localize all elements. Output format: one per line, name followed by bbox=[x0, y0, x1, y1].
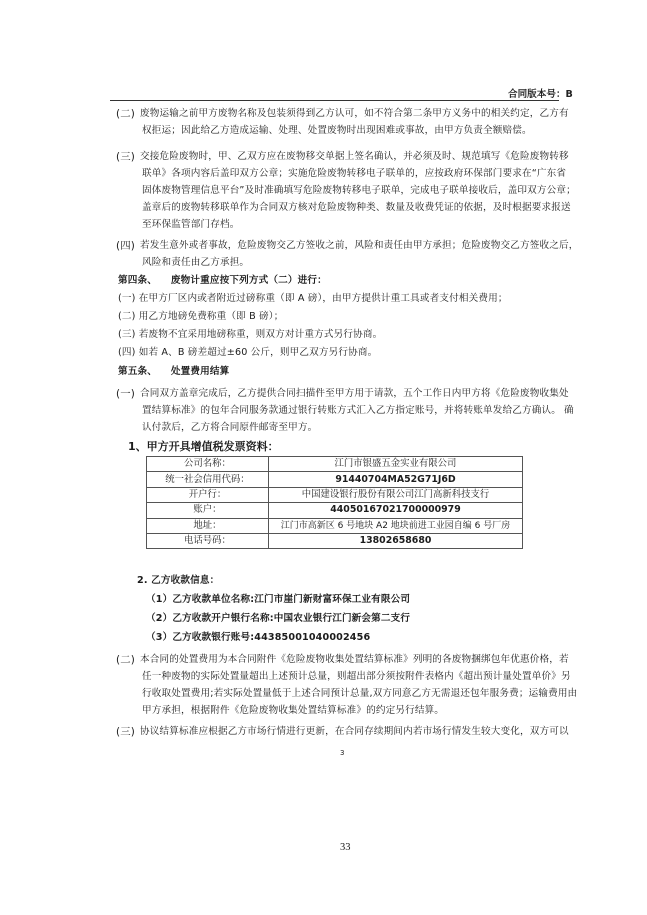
clause4-item: (四) 如若 A、B 磅差超过±60 公斤，则甲乙双方另行协商。 bbox=[118, 347, 377, 359]
item-number: (二) bbox=[116, 108, 135, 120]
item-number: (三) bbox=[116, 151, 135, 163]
item-number: (四) bbox=[116, 240, 135, 252]
table-row: 地址： 江门市高新区 6 号地块 A2 地块前进工业园自编 6 号厂房 bbox=[147, 518, 523, 533]
table-value: 中国建设银行股份有限公司江门高新科技支行 bbox=[269, 487, 523, 502]
invoice-info-heading: 1、甲方开具增值税发票资料： bbox=[128, 440, 279, 453]
clause4-item: (二) 用乙方地磅免费称重（即 B 磅）； bbox=[118, 311, 283, 323]
table-value: 91440704MA52G71J6D bbox=[269, 472, 523, 487]
paragraph-line: 行收取处置费用;若实际处置量低于上述合同预计总量,双方同意乙方无需退还包年服务费… bbox=[142, 688, 577, 700]
table-row: 电话号码： 13802658680 bbox=[147, 533, 523, 548]
paragraph-line: 联单》各项内容后盖印双方公章；实施危险废物转移电子联单的，应按政府环保部门要求在… bbox=[142, 168, 566, 180]
paragraph-line: 合同双方盖章完成后，乙方提供合同扫描件至甲方用于请款，五个工作日内甲方将《危险废… bbox=[140, 388, 569, 400]
table-row: 统一社会信用代码： 91440704MA52G71J6D bbox=[147, 472, 523, 487]
table-value: 13802658680 bbox=[269, 533, 523, 548]
table-label: 地址： bbox=[147, 518, 269, 533]
paragraph-line: 置结算标准》的包年合同服务款通过银行转账方式汇入乙方指定账号，并将转账单发给乙方… bbox=[142, 405, 574, 417]
paragraph-line: 交接危险废物时，甲、乙双方应在废物移交单据上签名确认，并必须及时、规范填写《危险… bbox=[140, 151, 569, 163]
paragraph-line: 风险和责任由乙方承担。 bbox=[142, 257, 249, 269]
paragraph-line: 本合同的处置费用为本合同附件《危险废物收集处置结算标准》列明的各废物捆绑包年优惠… bbox=[140, 654, 569, 666]
clause5-title: 第五条、 处置费用结算 bbox=[118, 366, 229, 378]
payee-item: （1）乙方收款单位名称:江门市崖门新财富环保工业有限公司 bbox=[146, 594, 410, 606]
paragraph-line: 认付款后，乙方将合同原件邮寄至甲方。 bbox=[142, 422, 317, 434]
table-value: 江门市高新区 6 号地块 A2 地块前进工业园自编 6 号厂房 bbox=[269, 518, 523, 533]
item-number: (二) bbox=[116, 654, 135, 666]
contract-version-label: 合同版本号：B bbox=[508, 86, 573, 100]
clause4-title: 第四条、 废物计重应按下列方式（二）进行： bbox=[118, 275, 327, 287]
table-row: 开户行： 中国建设银行股份有限公司江门高新科技支行 bbox=[147, 487, 523, 502]
payee-info-heading: 2. 乙方收款信息： bbox=[137, 575, 219, 587]
table-label: 账户： bbox=[147, 503, 269, 518]
table-row: 账户： 44050167021700000979 bbox=[147, 503, 523, 518]
invoice-info-table: 公司名称： 江门市银盛五金实业有限公司 统一社会信用代码： 91440704MA… bbox=[146, 456, 523, 549]
header-divider bbox=[110, 100, 559, 101]
paragraph-line: 至环保监管部门存档。 bbox=[142, 219, 239, 231]
paragraph-line: 甲方承担，根据附件《危险废物收集处置结算标准》的约定另行结算。 bbox=[142, 705, 444, 717]
table-value: 44050167021700000979 bbox=[269, 503, 523, 518]
table-row: 公司名称： 江门市银盛五金实业有限公司 bbox=[147, 457, 523, 472]
payee-item: （3）乙方收款银行账号:44385001040002456 bbox=[146, 632, 370, 644]
table-label: 开户行： bbox=[147, 487, 269, 502]
clause4-item: (三) 若废物不宜采用地磅称重，则双方对计重方式另行协商。 bbox=[118, 329, 382, 341]
paragraph-line: 权拒运；因此给乙方造成运输、处理、处置废物时出现困难或事故，由甲方负责全额赔偿。 bbox=[142, 125, 532, 137]
item-number: (一) bbox=[116, 388, 135, 400]
item-number: (三) bbox=[116, 726, 135, 738]
clause4-item: (一) 在甲方厂区内或者附近过磅称重（即 A 磅），由甲方提供计重工具或者支付相… bbox=[118, 293, 508, 305]
inner-page-number: 3 bbox=[340, 749, 344, 757]
paragraph-line: 任一种废物的实际处置量超出上述预计总量，则超出部分须按附件表格内《超出预计量处置… bbox=[142, 671, 571, 683]
table-label: 公司名称： bbox=[147, 457, 269, 472]
paragraph-line: 盖章后的废物转移联单作为合同双方核对危险废物种类、数量及收费凭证的依据，及时根据… bbox=[142, 202, 571, 214]
page-number: 33 bbox=[340, 842, 351, 853]
paragraph-line: 若发生意外或者事故，危险废物交乙方签收之前，风险和责任由甲方承担；危险废物交乙方… bbox=[140, 240, 578, 252]
table-label: 统一社会信用代码： bbox=[147, 472, 269, 487]
paragraph-line: 固体废物管理信息平台”及时准确填写危险废物转移电子联单，完成电子联单接收后，盖印… bbox=[142, 185, 576, 197]
payee-item: （2）乙方收款开户银行名称:中国农业银行江门新会第二支行 bbox=[146, 613, 410, 625]
paragraph-line: 协议结算标准应根据乙方市场行情进行更新，在合同存续期间内若市场行情发生较大变化，… bbox=[140, 726, 569, 738]
table-label: 电话号码： bbox=[147, 533, 269, 548]
table-value: 江门市银盛五金实业有限公司 bbox=[269, 457, 523, 472]
paragraph-line: 废物运输之前甲方废物名称及包装须得到乙方认可，如不符合第二条甲方义务中的相关约定… bbox=[140, 108, 569, 120]
